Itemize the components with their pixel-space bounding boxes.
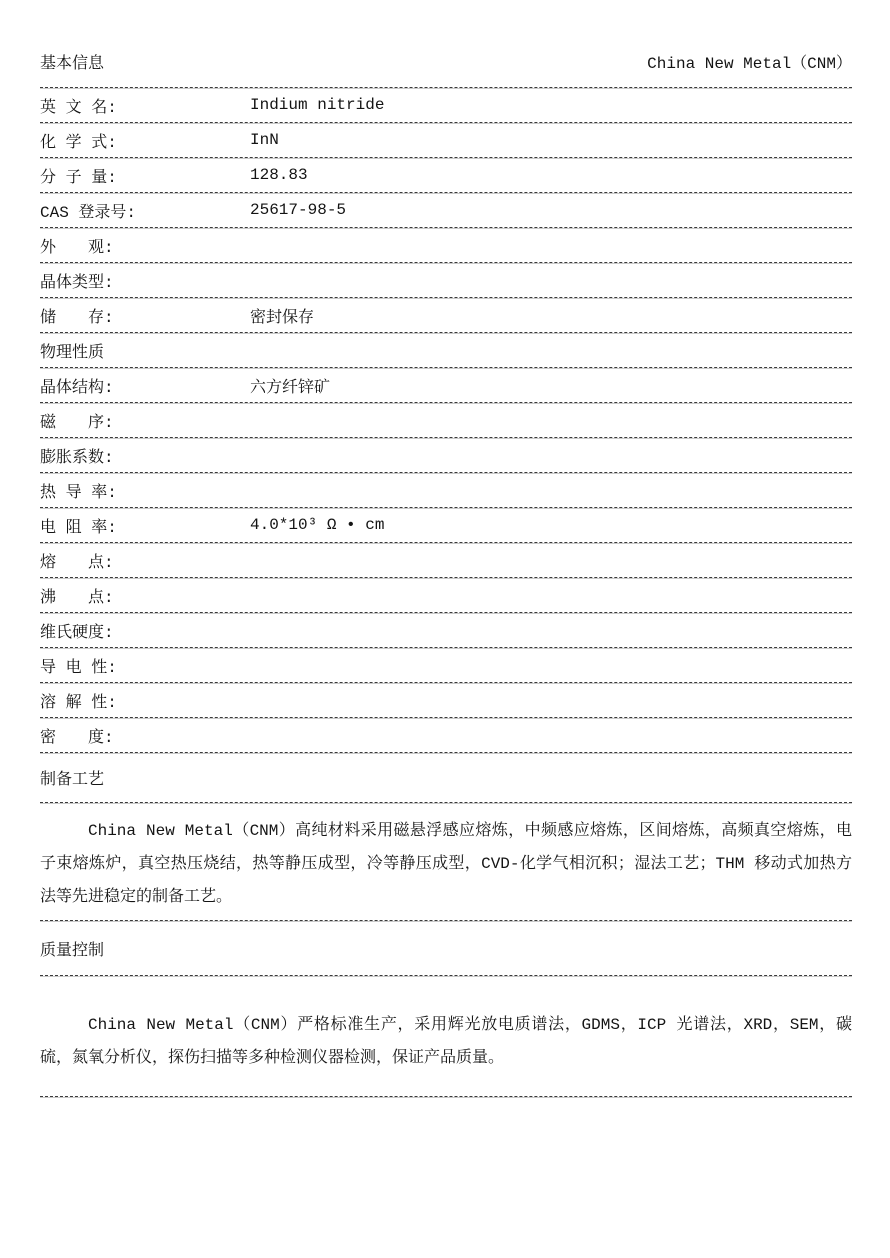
property-row-density: 密 度: [40,718,852,753]
property-value: 25617-98-5 [250,201,346,219]
property-label: 外 观: [40,234,250,257]
property-label: 熔 点: [40,549,250,572]
property-label: 储 存: [40,304,250,327]
property-value: InN [250,131,279,149]
property-row-thermal-conductivity: 热 导 率: [40,473,852,508]
property-label: 膨胀系数: [40,444,250,467]
property-row-english-name: 英 文 名: Indium nitride [40,88,852,123]
property-row-vickers-hardness: 维氏硬度: [40,613,852,648]
header: 基本信息 China New Metal（CNM） [40,0,852,88]
property-row-boiling-point: 沸 点: [40,578,852,613]
property-row-solubility: 溶 解 性: [40,683,852,718]
brand-name: China New Metal（CNM） [647,50,852,73]
property-label: 密 度: [40,724,250,747]
property-label: 晶体结构: [40,374,250,397]
property-row-cas-number: CAS 登录号: 25617-98-5 [40,193,852,228]
section-title-physical-properties: 物理性质 [40,339,104,362]
property-row-appearance: 外 观: [40,228,852,263]
quality-control-paragraph: China New Metal（CNM）严格标准生产，采用辉光放电质谱法，GDM… [40,976,852,1097]
property-row-crystal-type: 晶体类型: [40,263,852,298]
property-label: CAS 登录号: [40,199,250,222]
property-value: Indium nitride [250,96,384,114]
property-row-storage: 储 存: 密封保存 [40,298,852,333]
property-label: 维氏硬度: [40,619,250,642]
property-row-melting-point: 熔 点: [40,543,852,578]
property-label: 分 子 量: [40,164,250,187]
section-row-physical-properties: 物理性质 [40,333,852,368]
section-title-preparation: 制备工艺 [40,766,104,789]
section-row-quality-control: 质量控制 [40,921,852,976]
property-label: 英 文 名: [40,94,250,117]
property-value: 128.83 [250,166,308,184]
property-label: 晶体类型: [40,269,250,292]
section-row-preparation: 制备工艺 [40,753,852,803]
property-value: 密封保存 [250,304,314,327]
property-label: 电 阻 率: [40,514,250,537]
property-label: 溶 解 性: [40,689,250,712]
property-label: 化 学 式: [40,129,250,152]
section-title-basic-info: 基本信息 [40,50,104,73]
property-value: 4.0*10³ Ω • cm [250,516,384,534]
section-title-quality-control: 质量控制 [40,937,104,960]
property-label: 磁 序: [40,409,250,432]
property-row-resistivity: 电 阻 率: 4.0*10³ Ω • cm [40,508,852,543]
property-label: 热 导 率: [40,479,250,502]
property-row-expansion-coefficient: 膨胀系数: [40,438,852,473]
property-row-crystal-structure: 晶体结构: 六方纤锌矿 [40,368,852,403]
property-row-magnetic-order: 磁 序: [40,403,852,438]
property-row-chemical-formula: 化 学 式: InN [40,123,852,158]
property-label: 沸 点: [40,584,250,607]
property-row-molecular-weight: 分 子 量: 128.83 [40,158,852,193]
preparation-paragraph: China New Metal（CNM）高纯材料采用磁悬浮感应熔炼，中频感应熔炼… [40,803,852,921]
property-label: 导 电 性: [40,654,250,677]
property-value: 六方纤锌矿 [250,374,330,397]
property-row-conductivity: 导 电 性: [40,648,852,683]
datasheet-page: 基本信息 China New Metal（CNM） 英 文 名: Indium … [40,0,852,1097]
